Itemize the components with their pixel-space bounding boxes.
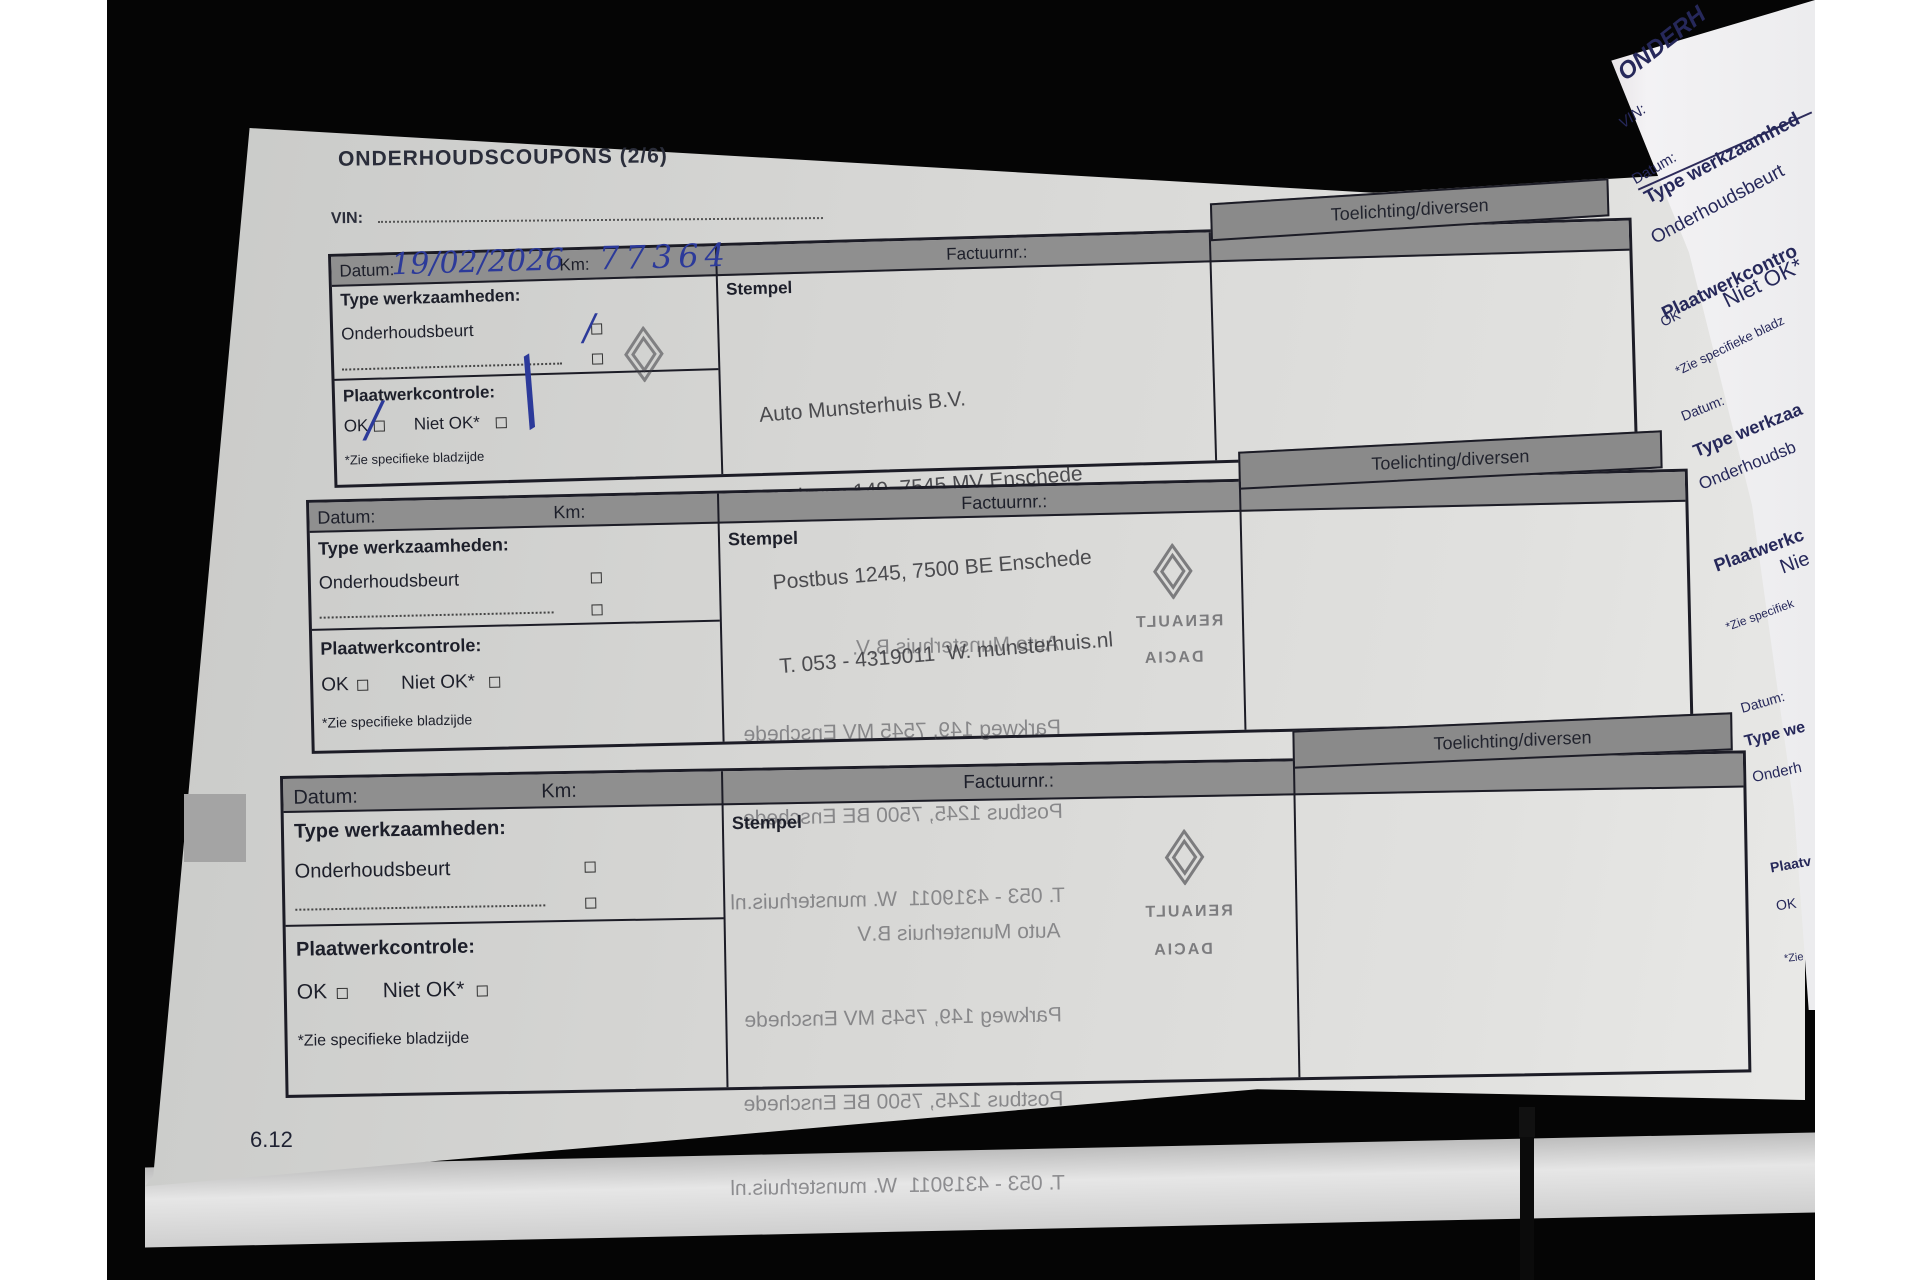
other-work-checkbox[interactable] xyxy=(585,898,596,909)
niet-ok-checkbox[interactable] xyxy=(477,985,488,996)
stamp-line: Parkweg 149, 7545 MV Enschede xyxy=(727,1001,1062,1035)
page-title: ONDERHOUDSCOUPONS (2/6) xyxy=(338,144,668,171)
km-label: Km: xyxy=(553,502,585,524)
renault-logo-icon xyxy=(1164,829,1205,886)
factuurnr-label: Factuurnr.: xyxy=(961,491,1048,514)
footnote: *Zie specifieke bladzijde xyxy=(297,1030,469,1051)
onderhoudsbeurt-label: Onderhoudsbeurt xyxy=(341,321,474,345)
stamp-line: Auto Munsterhuis B.V. xyxy=(758,375,1094,430)
plaatwerkcontrole-label: Plaatwerkcontrole: xyxy=(320,635,481,660)
toelichting-label: Toelichting/diversen xyxy=(1371,446,1529,475)
footnote: *Zie specifieke bladzijde xyxy=(322,711,473,730)
stempel-label: Stempel xyxy=(728,528,798,551)
renault-logo-icon xyxy=(1152,543,1193,600)
ok-checkbox[interactable] xyxy=(357,680,368,691)
ok-label: OK xyxy=(321,674,349,697)
niet-ok-label: Niet OK* xyxy=(401,671,475,695)
vin-field[interactable] xyxy=(378,217,823,223)
renault-brand-text: RENAULT xyxy=(1134,612,1224,632)
right-footnote-3: *Zie xyxy=(1783,951,1804,965)
toelichting-label: Toelichting/diversen xyxy=(1330,194,1488,225)
onderhoudsbeurt-label: Onderhoudsbeurt xyxy=(319,570,460,594)
checkmark-icon: / xyxy=(583,308,596,349)
section-tab-marker xyxy=(184,794,246,862)
coupon-2: Toelichting/diversen Datum: Km: Factuurn… xyxy=(306,469,1693,754)
type-werkzaamheden-label: Type werkzaamheden: xyxy=(294,817,506,844)
onderhoudsbeurt-checkbox[interactable] xyxy=(591,572,602,583)
stamp-line: Parkweg 149, 7545 MV Enschede xyxy=(726,714,1061,750)
stamp-line: Auto Munsterhuis B.V. xyxy=(724,630,1059,666)
left-page-content: ONDERHOUDSCOUPONS (2/6) VIN: Toelichting… xyxy=(0,0,1920,1280)
km-value[interactable]: 77364 xyxy=(599,236,732,278)
niet-ok-label: Niet OK* xyxy=(414,413,481,435)
datum-label: Datum: xyxy=(293,786,358,810)
renault-logo-icon xyxy=(623,326,665,383)
checkmark-icon: / xyxy=(365,392,383,448)
mirrored-stamp-imprint: Auto Munsterhuis B.V Parkweg 149, 7545 M… xyxy=(725,861,1066,1259)
dacia-brand-text: DACIA xyxy=(1152,941,1213,960)
stempel-label: Stempel xyxy=(732,812,802,834)
datum-label: Datum: xyxy=(339,260,394,282)
ok-label: OK xyxy=(297,980,328,1005)
right-ok-label-3: OK xyxy=(1775,895,1797,914)
other-work-checkbox[interactable] xyxy=(592,353,603,364)
dacia-brand-text: DACIA xyxy=(1143,649,1204,668)
stamp-line: Auto Munsterhuis B.V xyxy=(726,917,1061,951)
onderhoudsbeurt-label: Onderhoudsbeurt xyxy=(294,858,450,884)
page-number: 6.12 xyxy=(250,1127,293,1153)
ok-checkbox[interactable] xyxy=(337,988,348,999)
plaatwerkcontrole-label: Plaatwerkcontrole: xyxy=(296,936,475,962)
km-label: Km: xyxy=(541,780,577,804)
other-work-checkbox[interactable] xyxy=(591,604,602,615)
coupon-3: Toelichting/diversen Datum: Km: Factuurn… xyxy=(280,750,1751,1098)
factuurnr-label: Factuurnr.: xyxy=(946,242,1028,264)
stamp-line: Postbus 1245, 7500 BE Enschede xyxy=(729,1085,1064,1119)
datum-label: Datum: xyxy=(317,506,375,528)
ribbon-bookmark-tip xyxy=(1519,1107,1535,1137)
datum-value[interactable]: 19/02/2026 xyxy=(391,242,565,282)
vin-label: VIN: xyxy=(331,210,363,228)
renault-brand-text: RENAULT xyxy=(1143,902,1233,922)
niet-ok-checkbox[interactable] xyxy=(496,417,507,428)
km-label: Km: xyxy=(559,255,590,276)
niet-ok-label: Niet OK* xyxy=(383,978,465,1003)
niet-ok-checkbox[interactable] xyxy=(489,677,500,688)
type-werkzaamheden-label: Type werkzaamheden: xyxy=(318,534,509,559)
stempel-label: Stempel xyxy=(726,278,793,300)
stamp-line: T. 053 - 4319011 W. munsterhuis.nl xyxy=(730,1169,1065,1203)
onderhoudsbeurt-checkbox[interactable] xyxy=(585,862,596,873)
factuurnr-label: Factuurnr.: xyxy=(963,770,1054,794)
toelichting-label: Toelichting/diversen xyxy=(1433,727,1591,755)
